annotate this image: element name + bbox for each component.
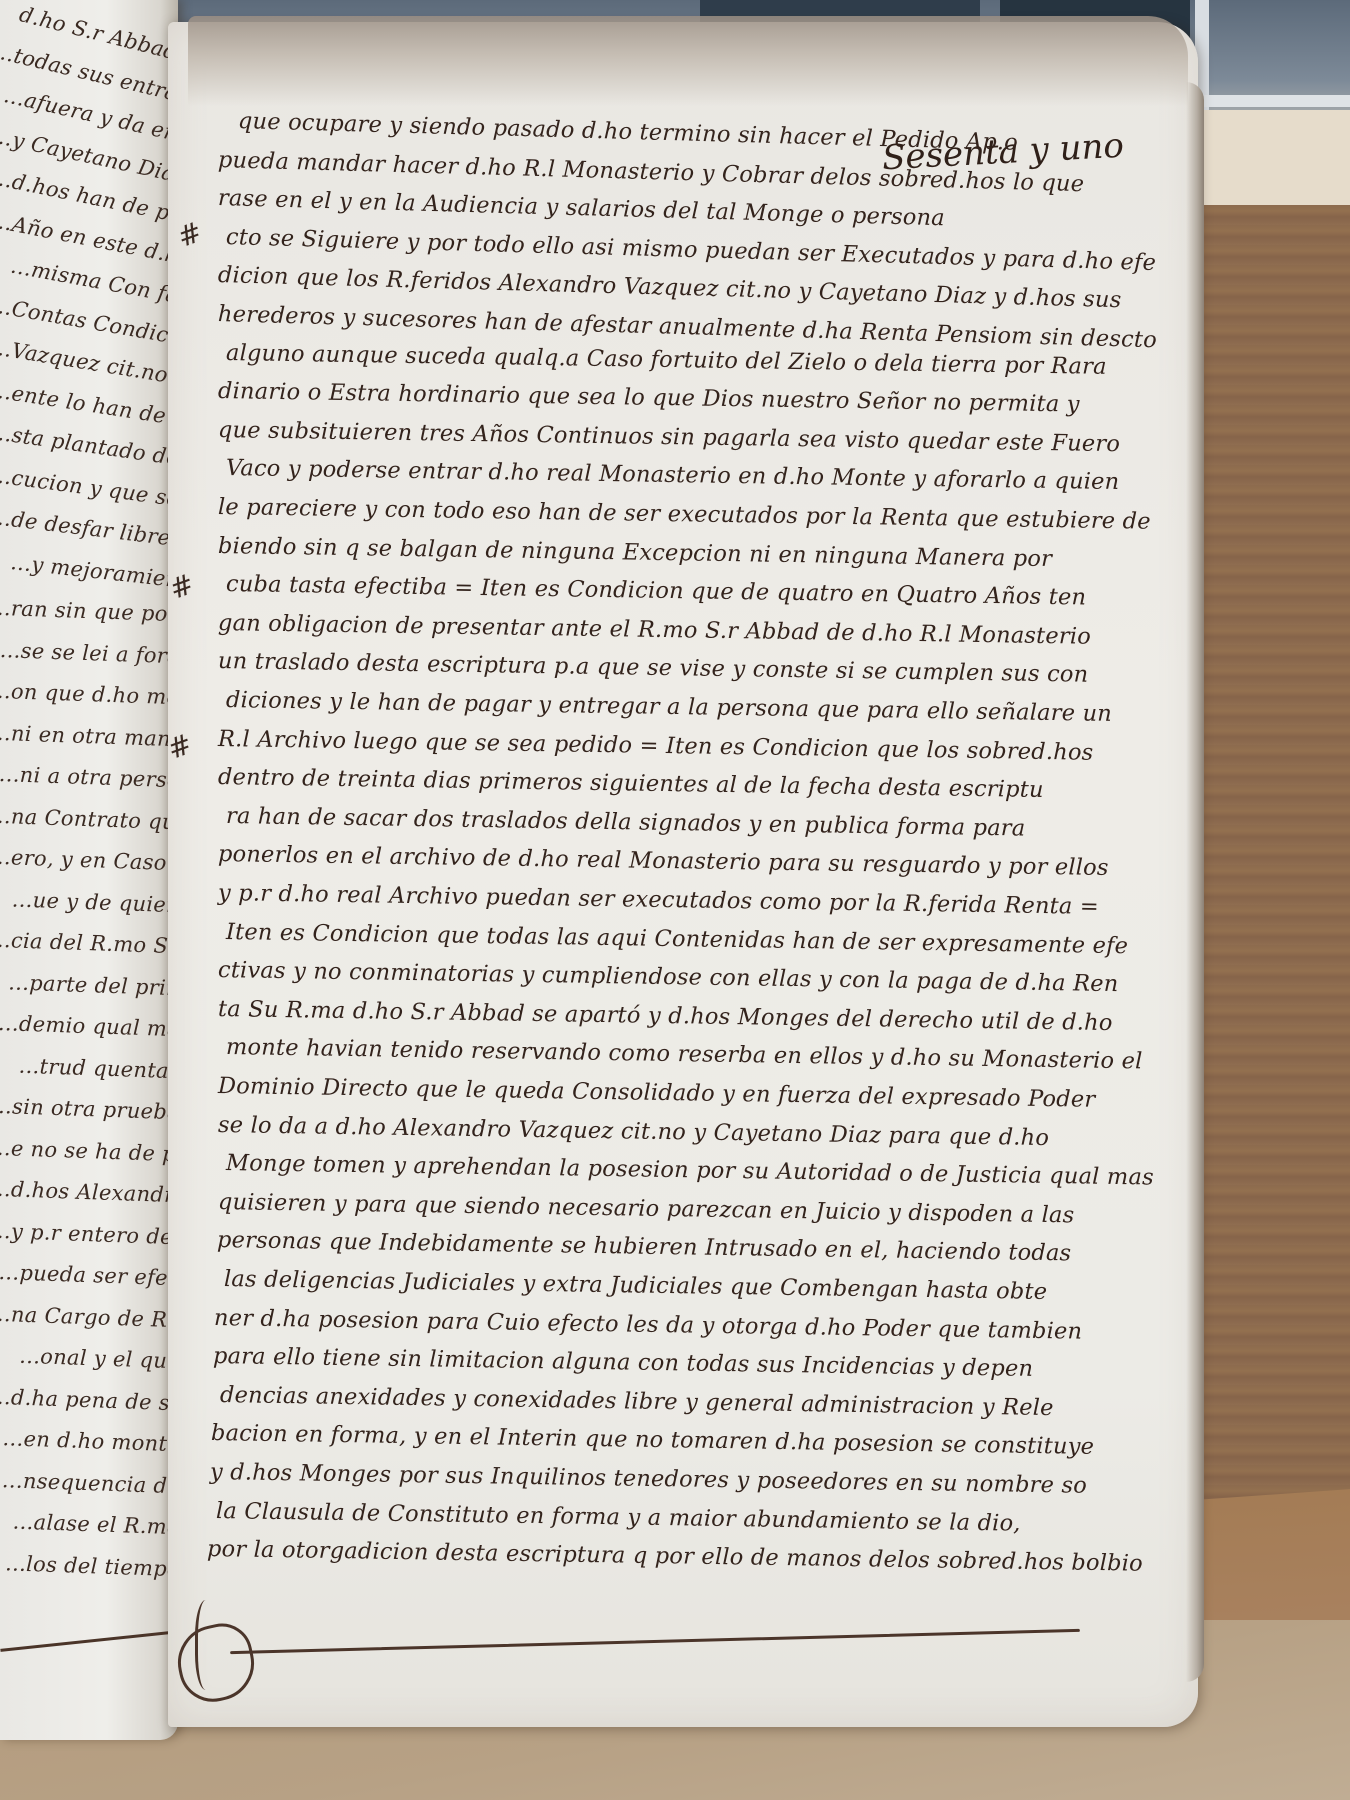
left-page-line: ...alase el R.mo [0, 1509, 178, 1540]
left-page-line: ...ni a otra perso [0, 762, 178, 793]
left-page-line: ...sta plantado de [0, 420, 178, 470]
left-page-line: ...na Contrato que [0, 803, 178, 834]
left-page-line: ...ero, y en Caso que [0, 845, 178, 876]
left-page: d.ho S.r Abbad...todas sus entra...afuer… [0, 0, 178, 1740]
left-page-rule [0, 1631, 169, 1652]
left-page-line: ...cia del R.mo S.r [0, 928, 178, 959]
rubric-flourish [195, 1600, 222, 1690]
left-page-line: ...pueda ser efec [0, 1260, 178, 1291]
left-page-line: ...d.ha pena de sso [0, 1384, 178, 1415]
left-page-line: ...onal y el que [0, 1343, 178, 1374]
left-page-line: ...ni en otra manera [0, 720, 178, 751]
left-page-line: ...de desfar libre st [0, 505, 178, 551]
left-page-line: ...se se lei a fora [0, 637, 178, 668]
left-page-line: ...ue y de quien [0, 886, 178, 917]
left-page-line: ...sin otra prueba [0, 1094, 178, 1125]
left-page-line: ...on que d.ho mon [0, 679, 178, 710]
left-page-line: ...y p.r entero de que [0, 1218, 178, 1249]
left-page-line: ...na Cargo de Ren [0, 1301, 178, 1332]
left-page-line: ...en d.ho monte [0, 1426, 178, 1457]
left-page-line: ...e no se ha de po [0, 1135, 178, 1166]
left-page-line: ...parte del prin [0, 969, 178, 1000]
page-damaged-edge [188, 16, 1188, 106]
left-page-line: ...ente lo han de tra [0, 377, 178, 429]
left-page-line: ...los del tiempo [0, 1550, 178, 1581]
left-page-line: ...nsequencia de [0, 1467, 178, 1498]
left-page-line: ...trud quentas [0, 1052, 178, 1083]
left-page-line: ...y mejoramien [0, 547, 178, 591]
left-page-line: ...cucion y que se [0, 462, 178, 510]
left-page-line: ...demio qual ma [0, 1011, 178, 1042]
left-page-line: ...ran sin que pon [0, 596, 178, 627]
left-page-line: ...d.hos Alexandro [0, 1177, 178, 1208]
page-edge [1186, 82, 1204, 1682]
